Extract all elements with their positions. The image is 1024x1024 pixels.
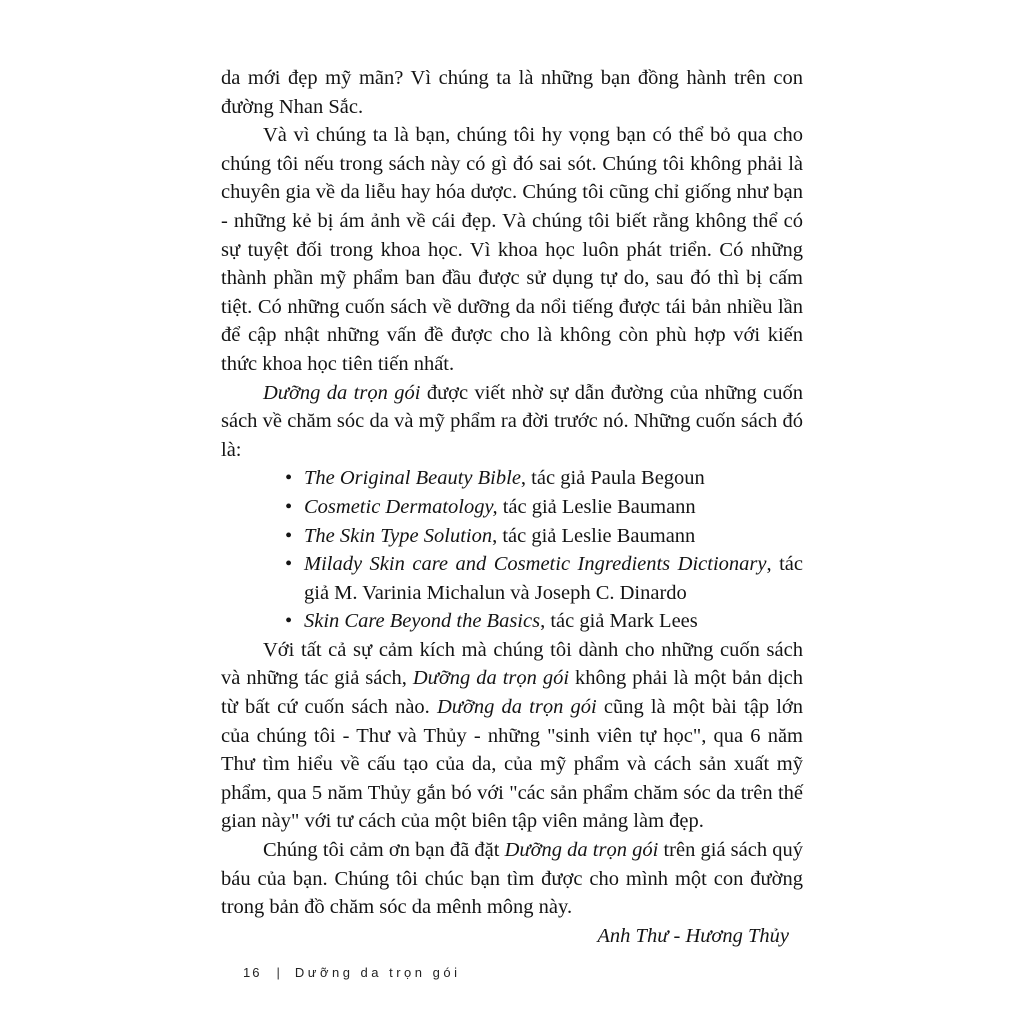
page-footer: 16 | Dưỡng da trọn gói xyxy=(243,965,460,980)
bullet-icon: • xyxy=(285,522,292,551)
page-number: 16 xyxy=(243,965,261,980)
book-title-run: The Skin Type Solution xyxy=(304,525,492,547)
book-list: •The Original Beauty Bible, tác giả Paul… xyxy=(221,464,803,636)
text-run: Và vì chúng ta là bạn, chúng tôi hy vọng… xyxy=(221,124,803,375)
book-page: da mới đẹp mỹ mãn? Vì chúng ta là những … xyxy=(0,0,1024,1024)
book-title-run: Dưỡng da trọn gói xyxy=(437,696,597,718)
text-run: , tác giả Leslie Baumann xyxy=(492,525,695,547)
paragraph-thanks: Chúng tôi cảm ơn bạn đã đặt Dưỡng da trọ… xyxy=(221,836,803,922)
book-title-run: Dưỡng da trọn gói xyxy=(413,667,569,689)
footer-book-title: Dưỡng da trọn gói xyxy=(295,965,461,980)
list-item: •The Skin Type Solution, tác giả Leslie … xyxy=(221,522,803,551)
paragraph-apology: Và vì chúng ta là bạn, chúng tôi hy vọng… xyxy=(221,121,803,378)
text-block: da mới đẹp mỹ mãn? Vì chúng ta là những … xyxy=(221,64,803,950)
paragraph-gratitude: Với tất cả sự cảm kích mà chúng tôi dành… xyxy=(221,636,803,836)
list-item: •Cosmetic Dermatology, tác giả Leslie Ba… xyxy=(221,493,803,522)
list-item: •Milady Skin care and Cosmetic Ingredien… xyxy=(221,550,803,607)
book-title-run: Skin Care Beyond the Basics xyxy=(304,610,540,632)
book-title-run: The Original Beauty Bible xyxy=(304,467,521,489)
text-run: tác giả Leslie Baumann xyxy=(498,496,696,518)
list-item: •Skin Care Beyond the Basics, tác giả Ma… xyxy=(221,607,803,636)
text-run: da mới đẹp mỹ mãn? Vì chúng ta là những … xyxy=(221,67,803,118)
bullet-icon: • xyxy=(285,607,292,636)
bullet-icon: • xyxy=(285,493,292,522)
book-title-run: Dưỡng da trọn gói xyxy=(505,839,659,861)
author-signature: Anh Thư - Hương Thủy xyxy=(221,922,803,951)
text-run: , tác giả Paula Begoun xyxy=(521,467,705,489)
paragraph-continuation: da mới đẹp mỹ mãn? Vì chúng ta là những … xyxy=(221,64,803,121)
text-run: , tác giả Mark Lees xyxy=(540,610,698,632)
list-item: •The Original Beauty Bible, tác giả Paul… xyxy=(221,464,803,493)
bullet-icon: • xyxy=(285,464,292,493)
bullet-icon: • xyxy=(285,550,292,579)
book-title-run: Cosmetic Dermatology, xyxy=(304,496,498,518)
text-run: Chúng tôi cảm ơn bạn đã đặt xyxy=(263,839,505,861)
book-title-run: Milady Skin care and Cosmetic Ingredient… xyxy=(304,553,766,575)
footer-separator: | xyxy=(276,965,279,980)
book-title-run: Dưỡng da trọn gói xyxy=(263,382,420,404)
paragraph-book-intro: Dưỡng da trọn gói được viết nhờ sự dẫn đ… xyxy=(221,379,803,465)
